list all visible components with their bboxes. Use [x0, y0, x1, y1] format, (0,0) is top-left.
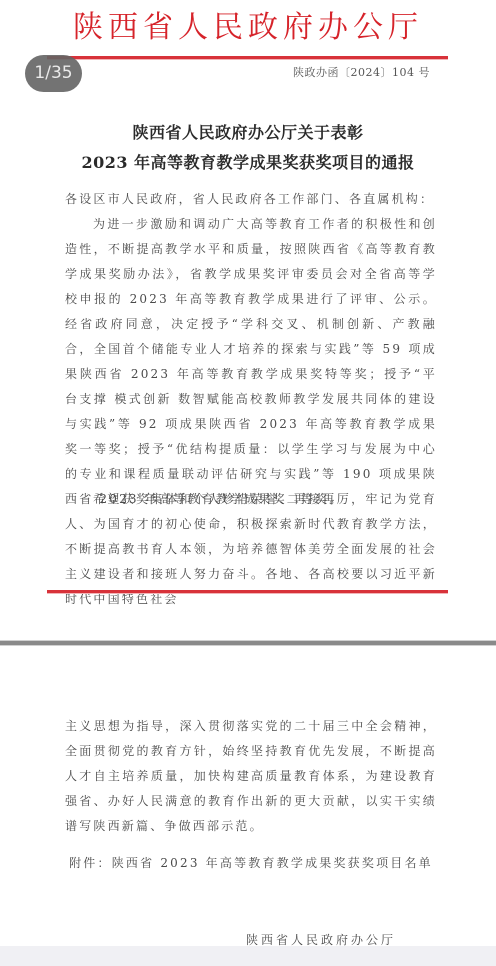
red-rule-bottom	[47, 590, 448, 593]
paragraph-2-text-page-2: 主义思想为指导，深入贯彻落实党的二十届三中全会精神，全面贯彻党的教育方针，始终坚…	[65, 714, 437, 839]
salutation: 各设区市人民政府，省人民政府各工作部门、各直属机构：	[65, 187, 437, 212]
body-paragraph-2-continued: 主义思想为指导，深入贯彻落实党的二十届三中全会精神，全面贯彻党的教育方针，始终坚…	[65, 714, 437, 839]
body-paragraph-1: 为进一步激励和调动广大高等教育工作者的积极性和创造性，不断提高教学水平和质量，按…	[65, 212, 437, 512]
viewer-bottom-bar	[0, 946, 496, 966]
letterhead-red-rule-top	[47, 56, 448, 59]
attachment-line: 附件：陕西省 2023 年高等教育教学成果奖获奖项目名单	[65, 851, 437, 876]
signature: 陕西省人民政府办公厅	[246, 931, 396, 948]
document-number: 陕政办函〔2024〕104 号	[293, 64, 430, 80]
letterhead-title: 陕西省人民政府办公厅	[0, 8, 496, 48]
body-paragraph-2: 希望获奖集体和个人珍惜荣誉、再接再厉，牢记为党育人、为国育才的初心使命，积极探索…	[65, 487, 437, 612]
paragraph-1-text: 为进一步激励和调动广大高等教育工作者的积极性和创造性，不断提高教学水平和质量，按…	[65, 212, 437, 512]
paragraph-2-text-page-1: 希望获奖集体和个人珍惜荣誉、再接再厉，牢记为党育人、为国育才的初心使命，积极探索…	[65, 487, 437, 612]
attachment-text: 附件：陕西省 2023 年高等教育教学成果奖获奖项目名单	[65, 851, 437, 876]
document-page-1: 陕西省人民政府办公厅 陕政办函〔2024〕104 号 陕西省人民政府办公厅关于表…	[0, 0, 496, 640]
document-title-line-1: 陕西省人民政府办公厅关于表彰	[0, 120, 496, 143]
document-title-line-2: 2023 年高等教育教学成果奖获奖项目的通报	[0, 150, 496, 173]
salutation-text: 各设区市人民政府，省人民政府各工作部门、各直属机构：	[65, 187, 437, 212]
page-indicator-badge: 1/35	[25, 55, 82, 92]
